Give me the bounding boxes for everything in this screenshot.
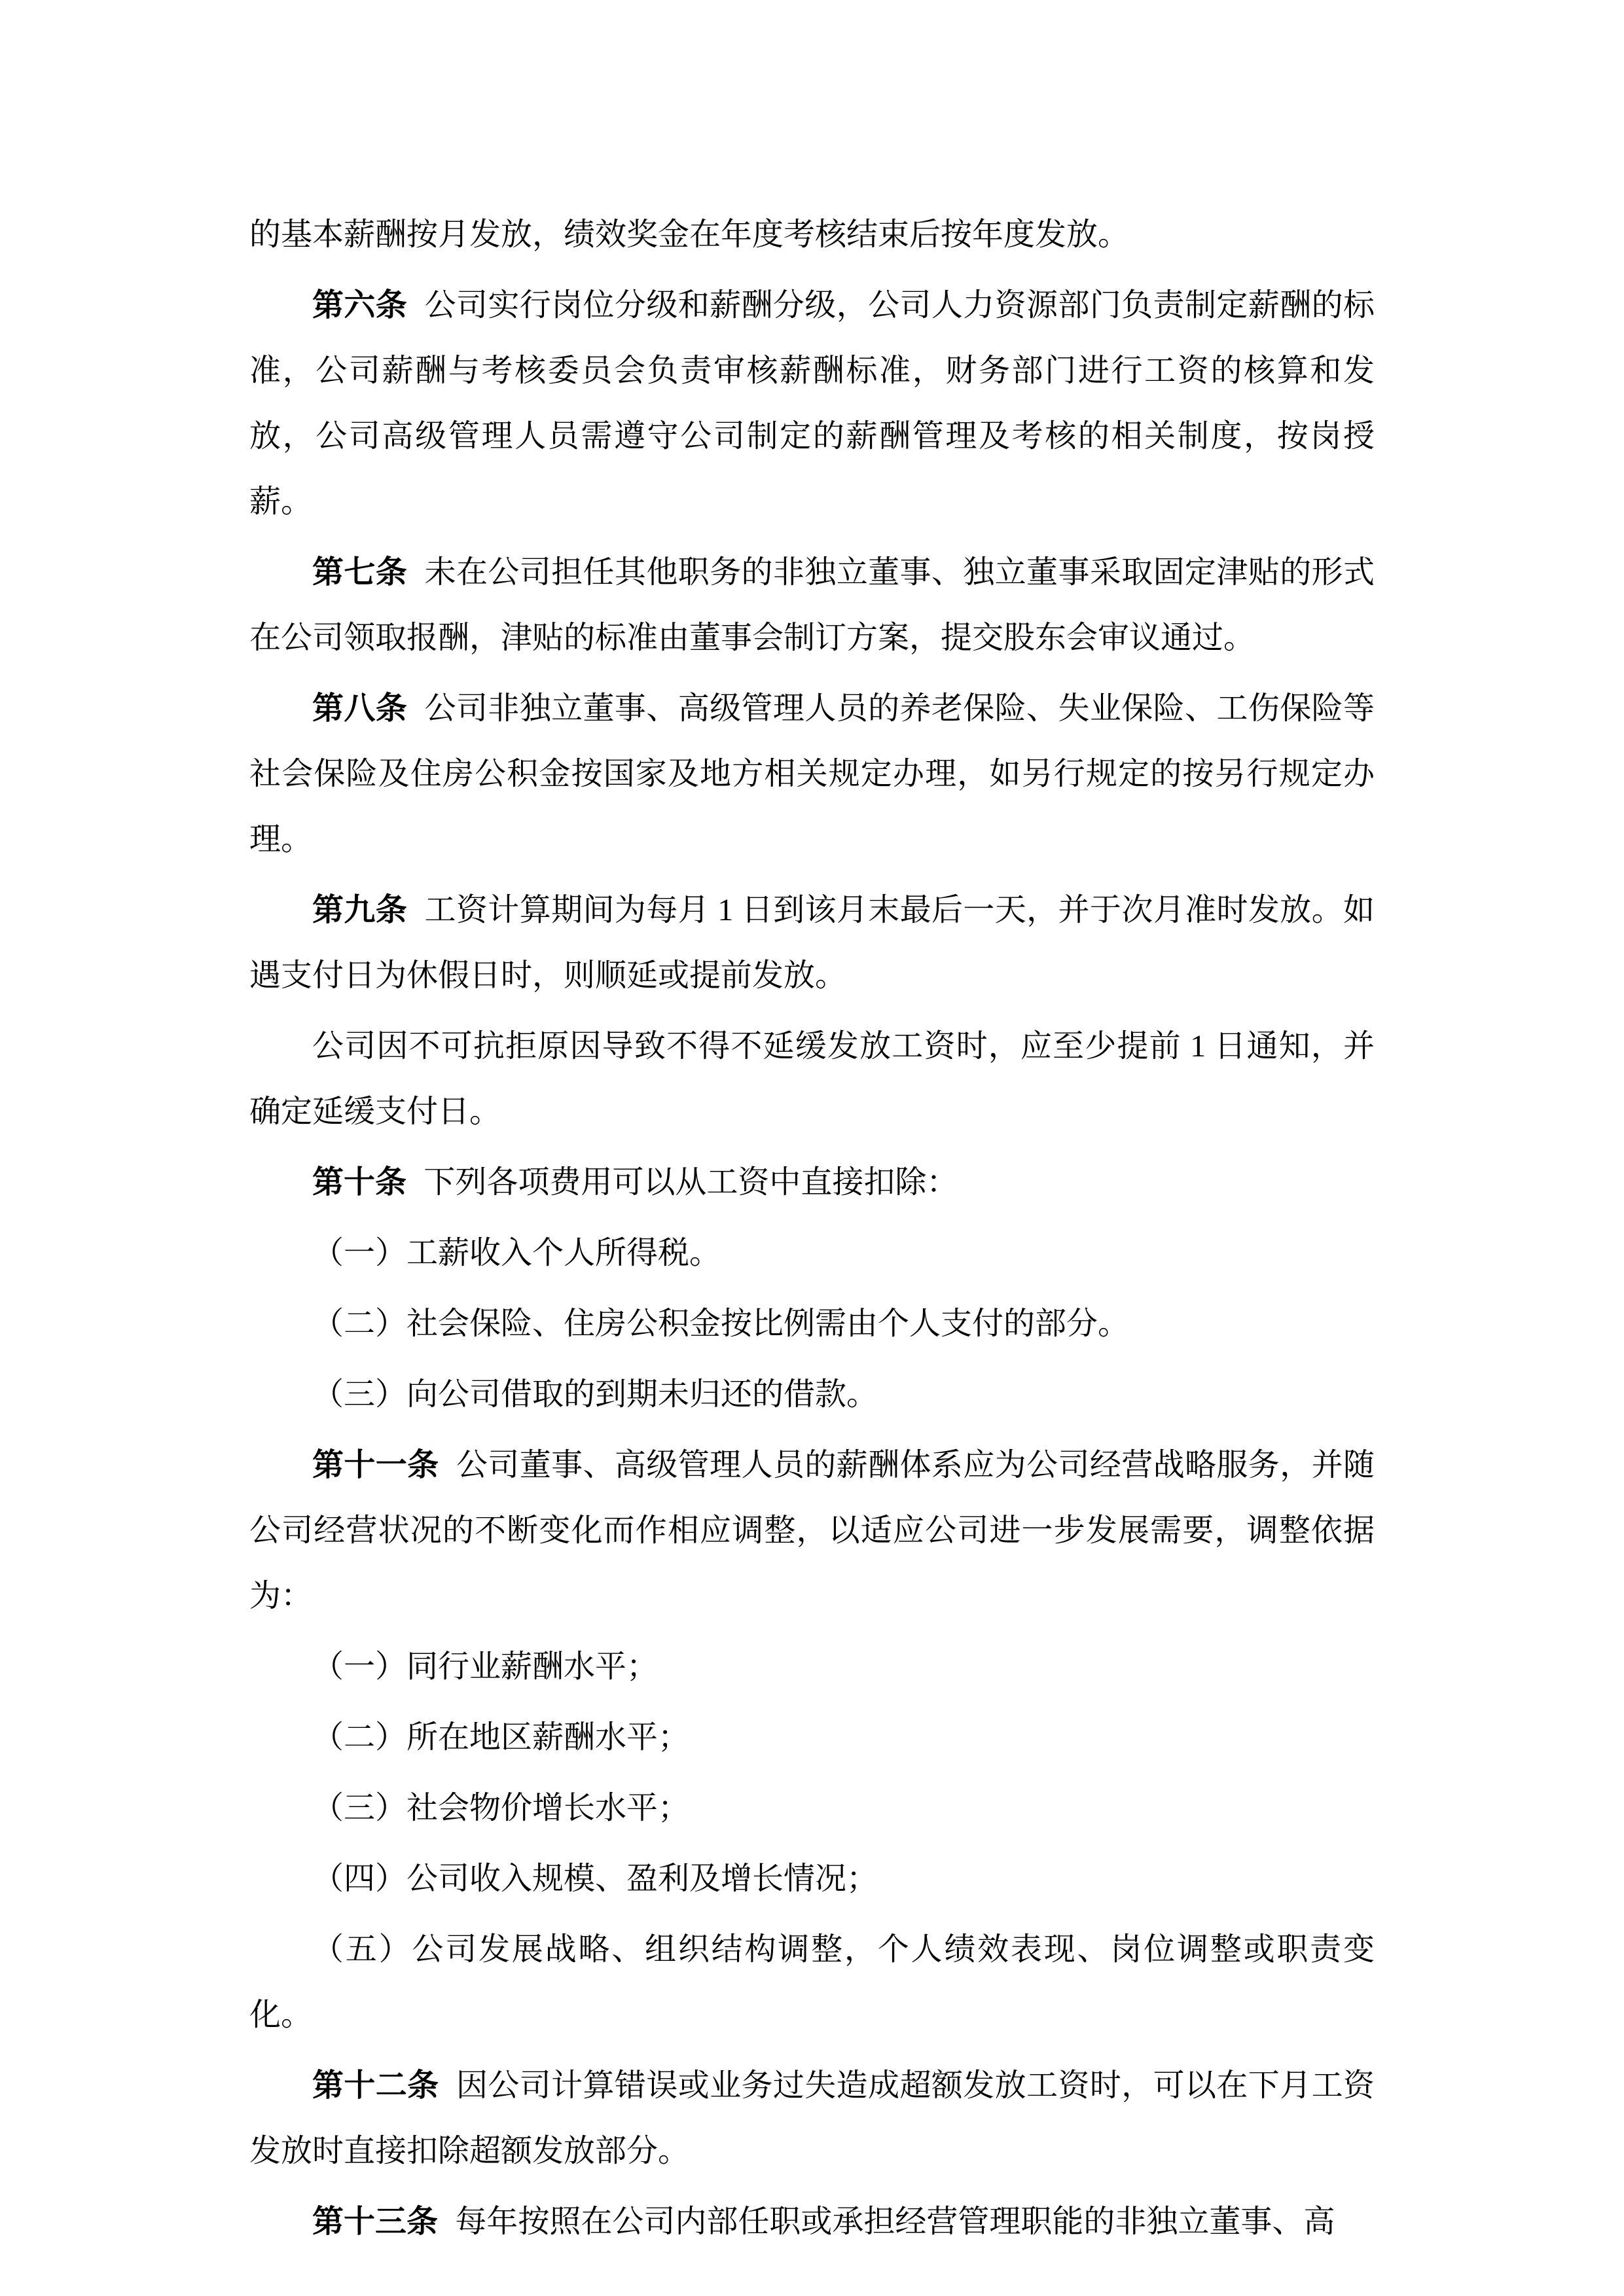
paragraph-continuation: 的基本薪酬按月发放，绩效奖金在年度考核结束后按年度发放。 <box>249 202 1375 268</box>
paragraph-text: （一）工薪收入个人所得税。 <box>312 1236 721 1270</box>
adjustment-basis-item-1: （一）同行业薪酬水平； <box>249 1634 1375 1700</box>
paragraph-text: （四）公司收入规模、盈利及增长情况； <box>312 1861 878 1896</box>
paragraph-text: 下列各项费用可以从工资中直接扣除： <box>424 1165 958 1200</box>
paragraph-text: 公司非独立董事、高级管理人员的养老保险、失业保险、工伤保险等社会保险及住房公积金… <box>249 691 1375 857</box>
adjustment-basis-item-5: （五）公司发展战略、组织结构调整，个人绩效表现、岗位调整或职责变化。 <box>249 1917 1375 2048</box>
paragraph-text: 未在公司担任其他职务的非独立董事、独立董事采取固定津贴的形式在公司领取报酬，津贴… <box>249 555 1375 655</box>
paragraph-text: （二）社会保险、住房公积金按比例需由个人支付的部分。 <box>312 1306 1129 1341</box>
paragraph-text: 的基本薪酬按月发放，绩效奖金在年度考核结束后按年度发放。 <box>249 217 1129 252</box>
deduction-item-3: （三）向公司借取的到期未归还的借款。 <box>249 1362 1375 1427</box>
deduction-item-1: （一）工薪收入个人所得税。 <box>249 1221 1375 1286</box>
article-number: 第八条 <box>312 691 407 726</box>
paragraph-text: （一）同行业薪酬水平； <box>312 1649 658 1684</box>
article-10: 第十条下列各项费用可以从工资中直接扣除： <box>249 1150 1375 1215</box>
deduction-item-2: （二）社会保险、住房公积金按比例需由个人支付的部分。 <box>249 1291 1375 1357</box>
article-number: 第九条 <box>312 893 407 927</box>
article-7: 第七条未在公司担任其他职务的非独立董事、独立董事采取固定津贴的形式在公司领取报酬… <box>249 540 1375 671</box>
paragraph-text: 公司因不可抗拒原因导致不得不延缓发放工资时，应至少提前 1 日通知，并确定延缓支… <box>249 1029 1375 1129</box>
paragraph-text: 公司实行岗位分级和薪酬分级，公司人力资源部门负责制定薪酬的标准，公司薪酬与考核委… <box>249 288 1375 519</box>
article-number: 第十条 <box>312 1165 406 1200</box>
article-13: 第十三条每年按照在公司内部任职或承担经营管理职能的非独立董事、高 <box>249 2189 1375 2255</box>
article-number: 第十二条 <box>312 2068 439 2103</box>
adjustment-basis-item-4: （四）公司收入规模、盈利及增长情况； <box>249 1846 1375 1912</box>
adjustment-basis-item-2: （二）所在地区薪酬水平； <box>249 1705 1375 1770</box>
article-12: 第十二条因公司计算错误或业务过失造成超额发放工资时，可以在下月工资发放时直接扣除… <box>249 2053 1375 2184</box>
article-6: 第六条公司实行岗位分级和薪酬分级，公司人力资源部门负责制定薪酬的标准，公司薪酬与… <box>249 273 1375 535</box>
article-8: 第八条公司非独立董事、高级管理人员的养老保险、失业保险、工伤保险等社会保险及住房… <box>249 676 1375 872</box>
paragraph-text: （三）社会物价增长水平； <box>312 1791 689 1825</box>
paragraph-text: 工资计算期间为每月 1 日到该月末最后一天，并于次月准时发放。如遇支付日为休假日… <box>249 893 1375 993</box>
article-number: 第十一条 <box>312 1448 439 1482</box>
article-number: 第十三条 <box>312 2204 438 2239</box>
article-9: 第九条工资计算期间为每月 1 日到该月末最后一天，并于次月准时发放。如遇支付日为… <box>249 878 1375 1009</box>
article-9-supplement: 公司因不可抗拒原因导致不得不延缓发放工资时，应至少提前 1 日通知，并确定延缓支… <box>249 1014 1375 1145</box>
paragraph-text: （二）所在地区薪酬水平； <box>312 1720 689 1755</box>
paragraph-text: （五）公司发展战略、组织结构调整，个人绩效表现、岗位调整或职责变化。 <box>249 1932 1375 2032</box>
paragraph-text: 每年按照在公司内部任职或承担经营管理职能的非独立董事、高 <box>455 2204 1335 2239</box>
paragraph-text: （三）向公司借取的到期未归还的借款。 <box>312 1377 878 1412</box>
article-number: 第七条 <box>312 555 407 590</box>
document-page: 的基本薪酬按月发放，绩效奖金在年度考核结束后按年度发放。 第六条公司实行岗位分级… <box>0 0 1624 2296</box>
adjustment-basis-item-3: （三）社会物价增长水平； <box>249 1776 1375 1841</box>
article-number: 第六条 <box>312 288 407 323</box>
article-11: 第十一条公司董事、高级管理人员的薪酬体系应为公司经营战略服务，并随公司经营状况的… <box>249 1433 1375 1629</box>
